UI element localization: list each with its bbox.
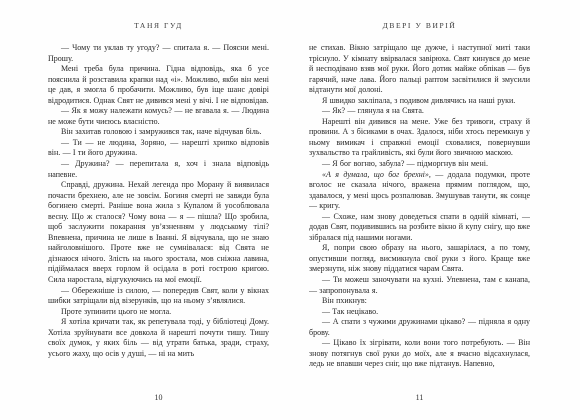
- running-header-right: ДВЕРІ У ВИРІЙ: [309, 21, 530, 30]
- text-run: — Цікаво їх зігрівати, коли вони того по…: [309, 338, 530, 368]
- paragraph: Він захитав головою і замружився так, на…: [48, 127, 269, 138]
- paragraph: — Дружина? — перепитала я, хоч і знала в…: [48, 159, 269, 180]
- paragraph: Нарешті він дивився на мене. Уже без три…: [309, 117, 530, 159]
- paragraph: — Ти можеш заночувати на кухні. Упевнена…: [309, 275, 530, 296]
- paragraph: Мені треба була причина. Гідна відповідь…: [48, 64, 269, 106]
- text-run: — Дружина? — перепитала я, хоч і знала в…: [48, 159, 269, 179]
- text-run: — Як? — глянула я на Свята.: [322, 106, 424, 115]
- paragraph: Він пхикнув:: [309, 296, 530, 307]
- text-run: — Обережніше із силою, — попередив Свят,…: [48, 286, 269, 306]
- text-run: Він захитав головою і замружився так, на…: [61, 127, 262, 136]
- right-page: ДВЕРІ У ВИРІЙ не стихав. Вікно затріщало…: [309, 21, 530, 420]
- page-number-right: 11: [309, 393, 530, 402]
- paragraph: Я швидко закліпала, з подивом дивлячись …: [309, 96, 530, 107]
- text-run: Справді, дружина. Нехай легенда про Мора…: [48, 180, 269, 284]
- paragraph: — Ти — не людина, Зоряно, — нарешті хрип…: [48, 138, 269, 159]
- paragraph: Справді, дружина. Нехай легенда про Мора…: [48, 180, 269, 285]
- page-number-left: 10: [48, 393, 269, 402]
- text-run: — Чому ти уклав ту угоду? — спитала я. —…: [48, 43, 269, 63]
- book-spread: ТАНЯ ГУД — Чому ти уклав ту угоду? — спи…: [0, 0, 580, 420]
- text-run: — Так нецікаво.: [322, 307, 378, 316]
- text-run: — Я бог вогню, забула? — підморгнув він …: [322, 159, 488, 168]
- text-run: Я, попри свою образу на нього, зашарілас…: [309, 243, 530, 273]
- paragraph: не стихав. Вікно затріщало ще дужче, і н…: [309, 43, 530, 96]
- text-run: — А спати з чужими дружинами цікаво? — п…: [309, 317, 530, 337]
- text-run: Мені треба була причина. Гідна відповідь…: [48, 64, 269, 105]
- text-run: Я хотіла кричати так, як репетувала тоді…: [48, 317, 269, 358]
- left-page: ТАНЯ ГУД — Чому ти уклав ту угоду? — спи…: [48, 21, 269, 420]
- text-run: — Ти можеш заночувати на кухні. Упевнена…: [309, 275, 530, 295]
- paragraph: — А спати з чужими дружинами цікаво? — п…: [309, 317, 530, 338]
- text-run: Нарешті він дивився на мене. Уже без три…: [309, 117, 530, 158]
- page-text-right: не стихав. Вікно затріщало ще дужче, і н…: [309, 43, 530, 385]
- paragraph: Я хотіла кричати так, як репетувала тоді…: [48, 317, 269, 359]
- paragraph: «А я думала, що бог брехні», — додала по…: [309, 170, 530, 212]
- text-run: Проте зупинити цього не могла.: [61, 307, 171, 316]
- text-run: Він пхикнув:: [322, 296, 367, 305]
- running-header-left: ТАНЯ ГУД: [48, 21, 269, 30]
- italic-text-run: «А я думала, що бог брехні»: [322, 170, 429, 179]
- paragraph: Я, попри свою образу на нього, зашарілас…: [309, 243, 530, 275]
- text-run: — Схоже, нам знову доведеться спати в од…: [309, 212, 530, 242]
- paragraph: — Цікаво їх зігрівати, коли вони того по…: [309, 338, 530, 370]
- paragraph: — Схоже, нам знову доведеться спати в од…: [309, 212, 530, 244]
- text-run: — Ти — не людина, Зоряно, — нарешті хрип…: [48, 138, 269, 158]
- paragraph: — Так нецікаво.: [309, 307, 530, 318]
- paragraph: — Як я можу належати комусь? — не вгавал…: [48, 106, 269, 127]
- paragraph: — Обережніше із силою, — попередив Свят,…: [48, 286, 269, 307]
- paragraph: — Чому ти уклав ту угоду? — спитала я. —…: [48, 43, 269, 64]
- paragraph: Проте зупинити цього не могла.: [48, 307, 269, 318]
- page-text-left: — Чому ти уклав ту угоду? — спитала я. —…: [48, 43, 269, 385]
- text-run: Я швидко закліпала, з подивом дивлячись …: [322, 96, 515, 105]
- paragraph: — Я бог вогню, забула? — підморгнув він …: [309, 159, 530, 170]
- paragraph: — Як? — глянула я на Свята.: [309, 106, 530, 117]
- text-run: не стихав. Вікно затріщало ще дужче, і н…: [309, 43, 530, 94]
- text-run: — Як я можу належати комусь? — не вгавал…: [48, 106, 269, 126]
